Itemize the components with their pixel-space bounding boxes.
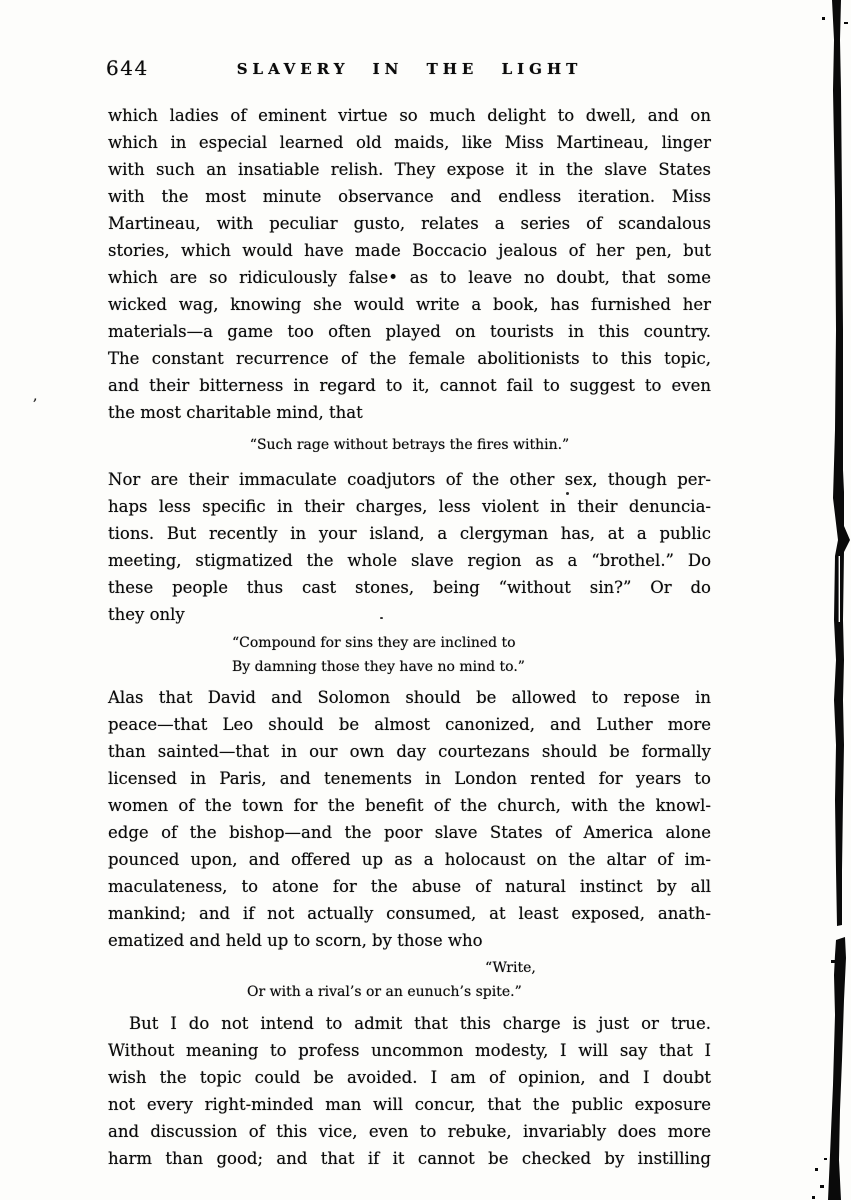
paragraph-1: which ladies of eminent virtue so much d… (108, 102, 711, 426)
text-line: they only (108, 601, 711, 628)
verse-quote-2: “Compound for sins they are inclined to … (108, 631, 711, 679)
text-line: Martineau, with peculiar gusto, relates … (108, 210, 711, 237)
book-page: 644 SLAVERY IN THE LIGHT which ladies of… (0, 0, 851, 1200)
paragraph-2: Nor are their immaculate coadjutors of t… (108, 466, 711, 628)
text-line: Alas that David and Solomon should be al… (108, 684, 711, 711)
text-line: maculateness, to atone for the abuse of … (108, 873, 711, 900)
text-line: than sainted—that in our own day courtez… (108, 738, 711, 765)
text-line: materials—a game too often played on tou… (108, 318, 711, 345)
text-line: wicked wag, knowing she would write a bo… (108, 291, 711, 318)
text-line: women of the town for the benefit of the… (108, 792, 711, 819)
text-line: and discussion of this vice, even to reb… (108, 1118, 711, 1145)
text-line: harm than good; and that if it cannot be… (108, 1145, 711, 1172)
text-line: not every right-minded man will concur, … (108, 1091, 711, 1118)
ink-speck (566, 492, 569, 495)
text-line: meeting, stigmatized the whole slave reg… (108, 547, 711, 574)
text-line: mankind; and if not actually consumed, a… (108, 900, 711, 927)
quote-line: By damning those they have no mind to.” (232, 655, 711, 679)
quote-line: Or with a rival’s or an eunuch’s spite.” (108, 980, 711, 1004)
text-line: But I do not intend to admit that this c… (108, 1010, 711, 1037)
verse-quote-3: “Write, Or with a rival’s or an eunuch’s… (108, 956, 711, 1004)
text-line: The constant recurrence of the female ab… (108, 345, 711, 372)
text-line: Without meaning to profess uncommon mode… (108, 1037, 711, 1064)
text-line: peace—that Leo should be almost canonize… (108, 711, 711, 738)
quote-line: “Write, (108, 956, 711, 980)
ink-speck (380, 617, 383, 619)
text-line: and their bitterness in regard to it, ca… (108, 372, 711, 399)
paragraph-4: But I do not intend to admit that this c… (108, 1010, 711, 1172)
page-content: which ladies of eminent virtue so much d… (108, 102, 711, 1172)
text-line: Nor are their immaculate coadjutors of t… (108, 466, 711, 493)
text-line: pounced upon, and offered up as a holoca… (108, 846, 711, 873)
text-line: edge of the bishop—and the poor slave St… (108, 819, 711, 846)
text-line: stories, which would have made Boccacio … (108, 237, 711, 264)
running-head: SLAVERY IN THE LIGHT (108, 60, 711, 78)
text-line: which ladies of eminent virtue so much d… (108, 102, 711, 129)
text-line: which in especial learned old maids, lik… (108, 129, 711, 156)
text-line: ematized and held up to scorn, by those … (108, 927, 711, 954)
ink-speck: , (33, 388, 37, 404)
quote-line: “Such rage without betrays the fires wit… (108, 433, 711, 457)
text-line: tions. But recently in your island, a cl… (108, 520, 711, 547)
text-line: with the most minute observance and endl… (108, 183, 711, 210)
text-line: which are so ridiculously false• as to l… (108, 264, 711, 291)
text-line: licensed in Paris, and tenements in Lond… (108, 765, 711, 792)
text-line: haps less specific in their charges, les… (108, 493, 711, 520)
text-line: with such an insatiable relish. They exp… (108, 156, 711, 183)
verse-quote-1: “Such rage without betrays the fires wit… (108, 433, 711, 457)
paragraph-3: Alas that David and Solomon should be al… (108, 684, 711, 954)
scan-binding-artifact (800, 0, 851, 1200)
quote-line: “Compound for sins they are inclined to (232, 631, 711, 655)
text-line: the most charitable mind, that (108, 399, 711, 426)
text-line: wish the topic could be avoided. I am of… (108, 1064, 711, 1091)
text-line: these people thus cast stones, being “wi… (108, 574, 711, 601)
